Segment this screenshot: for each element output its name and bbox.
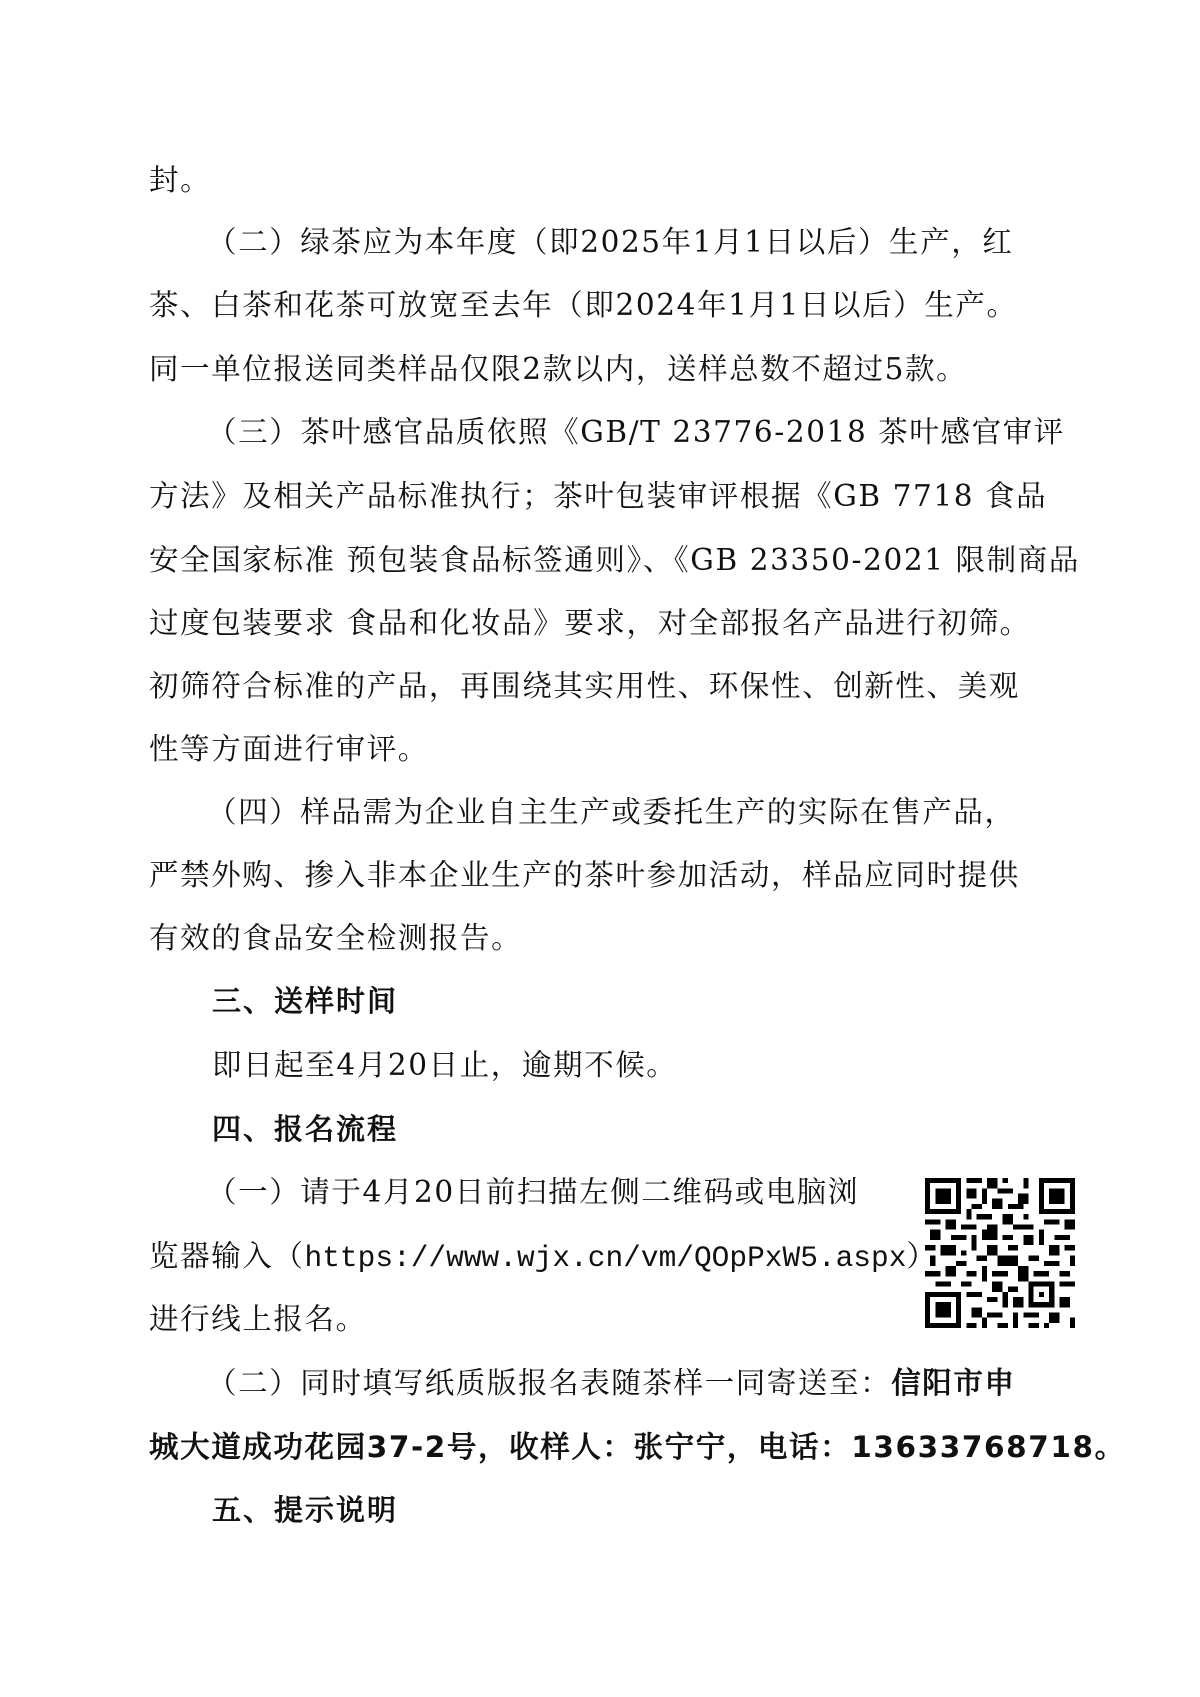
paragraph-line: 方法》及相关产品标准执行；茶叶包装审评根据《GB 7718 食品 <box>149 476 1047 516</box>
paragraph-line: 同一单位报送同类样品仅限2款以内，送样总数不超过5款。 <box>149 349 967 389</box>
address-bold: 信阳市申 <box>891 1366 1015 1400</box>
registration-url[interactable]: https://www.wjx.cn/vm/QOpPxW5.aspx <box>305 1241 907 1275</box>
paragraph-line: （二）绿茶应为本年度（即2025年1月1日以后）生产，红 <box>207 222 1013 262</box>
paragraph-line: 即日起至4月20日止，逾期不候。 <box>212 1045 677 1085</box>
paragraph-line: 进行线上报名。 <box>149 1299 367 1339</box>
paragraph-line: 性等方面进行审评。 <box>149 729 429 769</box>
paragraph-line: 安全国家标准 预包装食品标签通则》、《GB 23350-2021 限制商品 <box>149 540 1080 580</box>
paragraph-line: （一）请于4月20日前扫描左侧二维码或电脑浏 <box>207 1172 859 1212</box>
paragraph-line: 览器输入（https://www.wjx.cn/vm/QOpPxW5.aspx） <box>149 1236 938 1278</box>
paragraph-line: （二）同时填写纸质版报名表随茶样一同寄送至：信阳市申 <box>207 1363 1016 1403</box>
section-heading: 四、报名流程 <box>212 1109 398 1149</box>
section-heading: 五、提示说明 <box>212 1490 398 1530</box>
paragraph-line: 严禁外购、掺入非本企业生产的茶叶参加活动，样品应同时提供 <box>149 855 1020 895</box>
paragraph-line: 有效的食品安全检测报告。 <box>149 918 522 958</box>
paragraph-line: （三）茶叶感官品质依照《GB/T 23776-2018 茶叶感官审评 <box>207 412 1065 452</box>
section-heading: 三、送样时间 <box>212 981 398 1021</box>
paragraph-line: 封。 <box>149 160 211 200</box>
paragraph-line: 茶、白茶和花茶可放宽至去年（即2024年1月1日以后）生产。 <box>149 285 1018 325</box>
document-page: 封。 （二）绿茶应为本年度（即2025年1月1日以后）生产，红 茶、白茶和花茶可… <box>0 0 1200 1697</box>
qr-code-icon[interactable] <box>925 1178 1075 1328</box>
text-normal: （二）同时填写纸质版报名表随茶样一同寄送至： <box>207 1366 891 1400</box>
paragraph-line: 过度包装要求 食品和化妆品》要求，对全部报名产品进行初筛。 <box>149 603 1031 643</box>
text-prefix: 览器输入（ <box>149 1239 305 1273</box>
paragraph-line: 初筛符合标准的产品，再围绕其实用性、环保性、创新性、美观 <box>149 666 1020 706</box>
paragraph-line: （四）样品需为企业自主生产或委托生产的实际在售产品， <box>207 792 1016 832</box>
address-line: 城大道成功花园37-2号，收样人：张宁宁，电话：13633768718。 <box>149 1427 1126 1467</box>
